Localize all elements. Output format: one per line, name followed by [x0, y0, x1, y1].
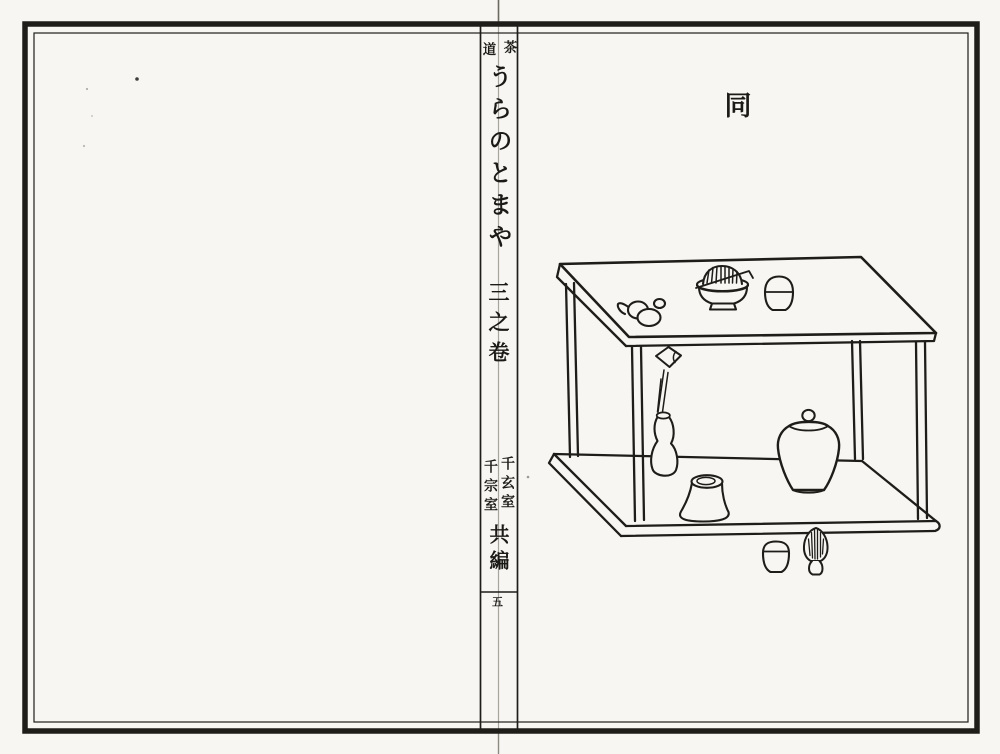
packet-face	[656, 347, 681, 367]
teapot-body-front	[638, 309, 661, 326]
rear-left-leg	[566, 284, 570, 457]
speck	[527, 476, 530, 479]
flower-stems	[658, 370, 669, 412]
spine-volume: 三之卷	[488, 281, 509, 371]
cup-body	[763, 542, 789, 573]
jar-knob	[802, 410, 814, 421]
front-left-leg	[632, 347, 635, 521]
spine-title: うらのとまや	[486, 64, 510, 256]
jar-body	[778, 422, 839, 490]
utensil-drawings	[618, 266, 839, 575]
teapot-handle-ring	[654, 299, 665, 308]
bell-shaped-stand	[680, 475, 729, 521]
spine-author-right: 千玄室	[500, 456, 514, 513]
caddy-body	[765, 277, 793, 311]
spine-series-char-left: 道	[480, 42, 494, 58]
rear-left-leg	[574, 283, 578, 456]
spine-author-left: 千宗室	[483, 459, 497, 516]
tea-bowl-with-whisk	[696, 266, 753, 310]
tana-stand-drawing	[549, 257, 940, 536]
right-page-caption: 同	[722, 84, 754, 123]
bottom-board-left-thickness	[549, 454, 621, 536]
left-page-blank	[36, 36, 478, 720]
front-right-leg	[925, 342, 927, 518]
small-cup	[763, 542, 789, 573]
bell-body	[680, 483, 729, 522]
spine-leaf-number: 五	[492, 596, 503, 607]
whisk-handle	[809, 561, 823, 575]
bamboo-tea-whisk	[804, 528, 828, 575]
front-left-leg	[641, 347, 644, 520]
top-board-surface	[560, 257, 936, 337]
bottom-board-front-thickness	[621, 531, 934, 536]
vase-mouth	[657, 412, 670, 418]
gourd-vase	[651, 412, 677, 475]
small-teapot	[618, 299, 665, 326]
front-right-leg	[916, 342, 918, 519]
bottom-board-left-edge	[554, 454, 626, 526]
spine-series-char-right: 茶	[501, 40, 515, 56]
bottom-board-front-edge	[626, 521, 936, 526]
bottom-board-corner	[935, 521, 940, 531]
rear-right-leg	[852, 341, 855, 459]
lidded-water-jar	[778, 410, 839, 493]
vase-body	[651, 417, 677, 476]
tilted-packet	[656, 347, 681, 367]
rear-right-leg	[860, 341, 863, 459]
scanned-book-spread: 茶 道 うらのとまや 三之卷 千玄室 千宗室 共編 五 同	[0, 0, 1000, 754]
spine-coedit-label: 共編	[488, 524, 508, 576]
bottom-board-right-edge	[862, 461, 936, 521]
tea-caddy	[765, 277, 793, 311]
